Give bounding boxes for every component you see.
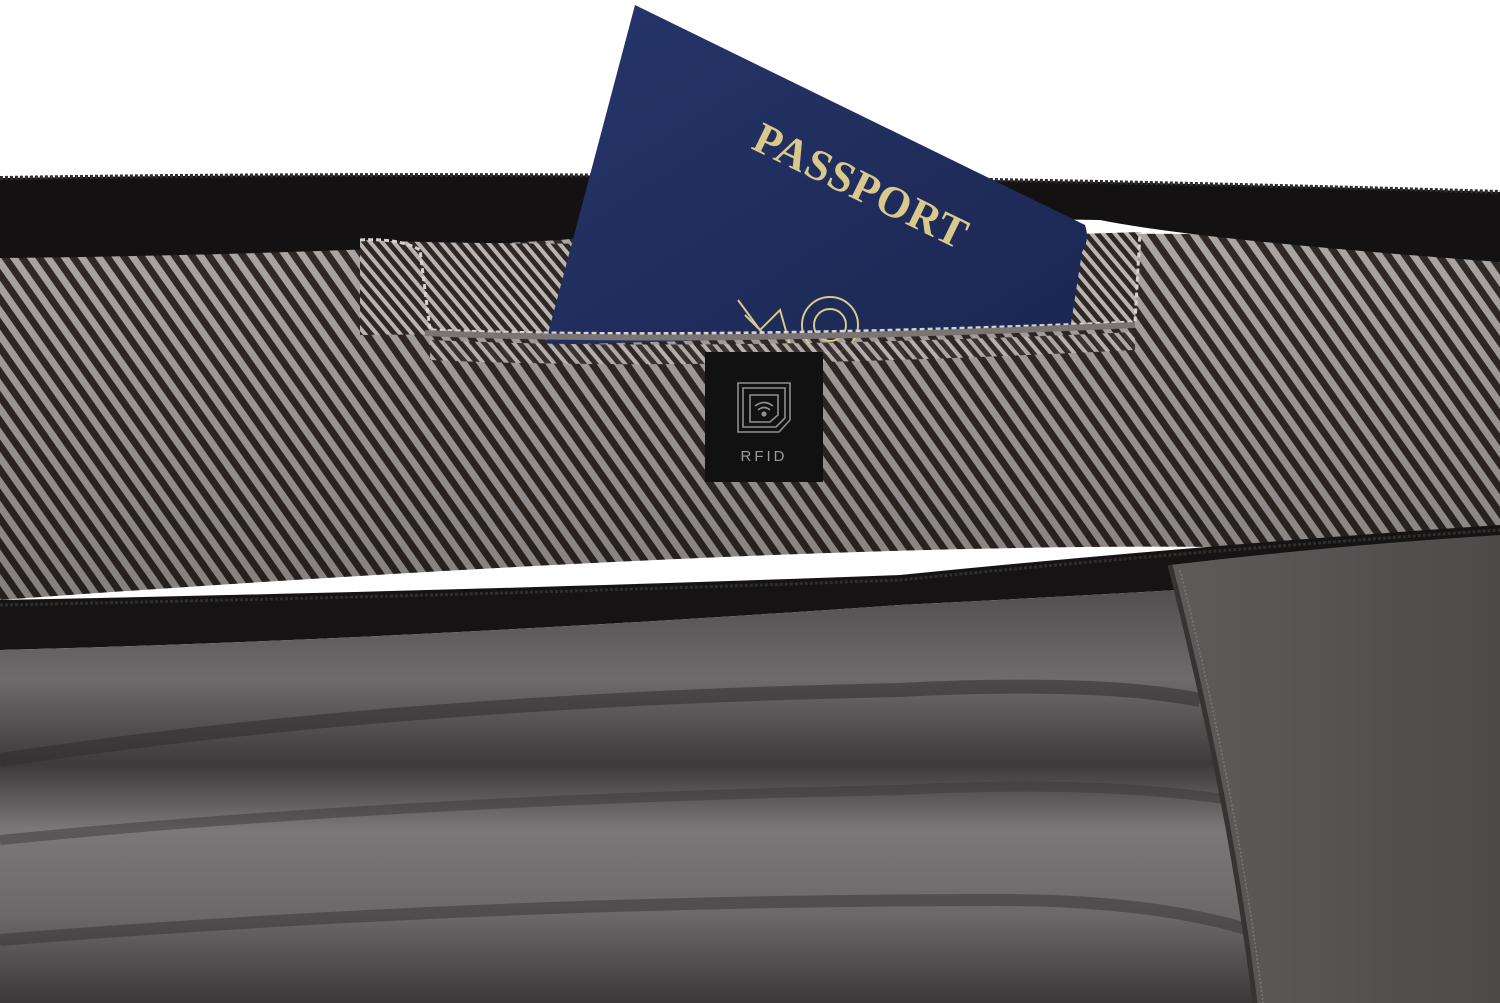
product-photo: PASSPORT bbox=[0, 0, 1500, 1003]
rfid-label: RFID bbox=[705, 352, 823, 482]
rfid-label-text: RFID bbox=[741, 448, 788, 465]
bag-interior-scene: PASSPORT bbox=[0, 0, 1500, 1003]
